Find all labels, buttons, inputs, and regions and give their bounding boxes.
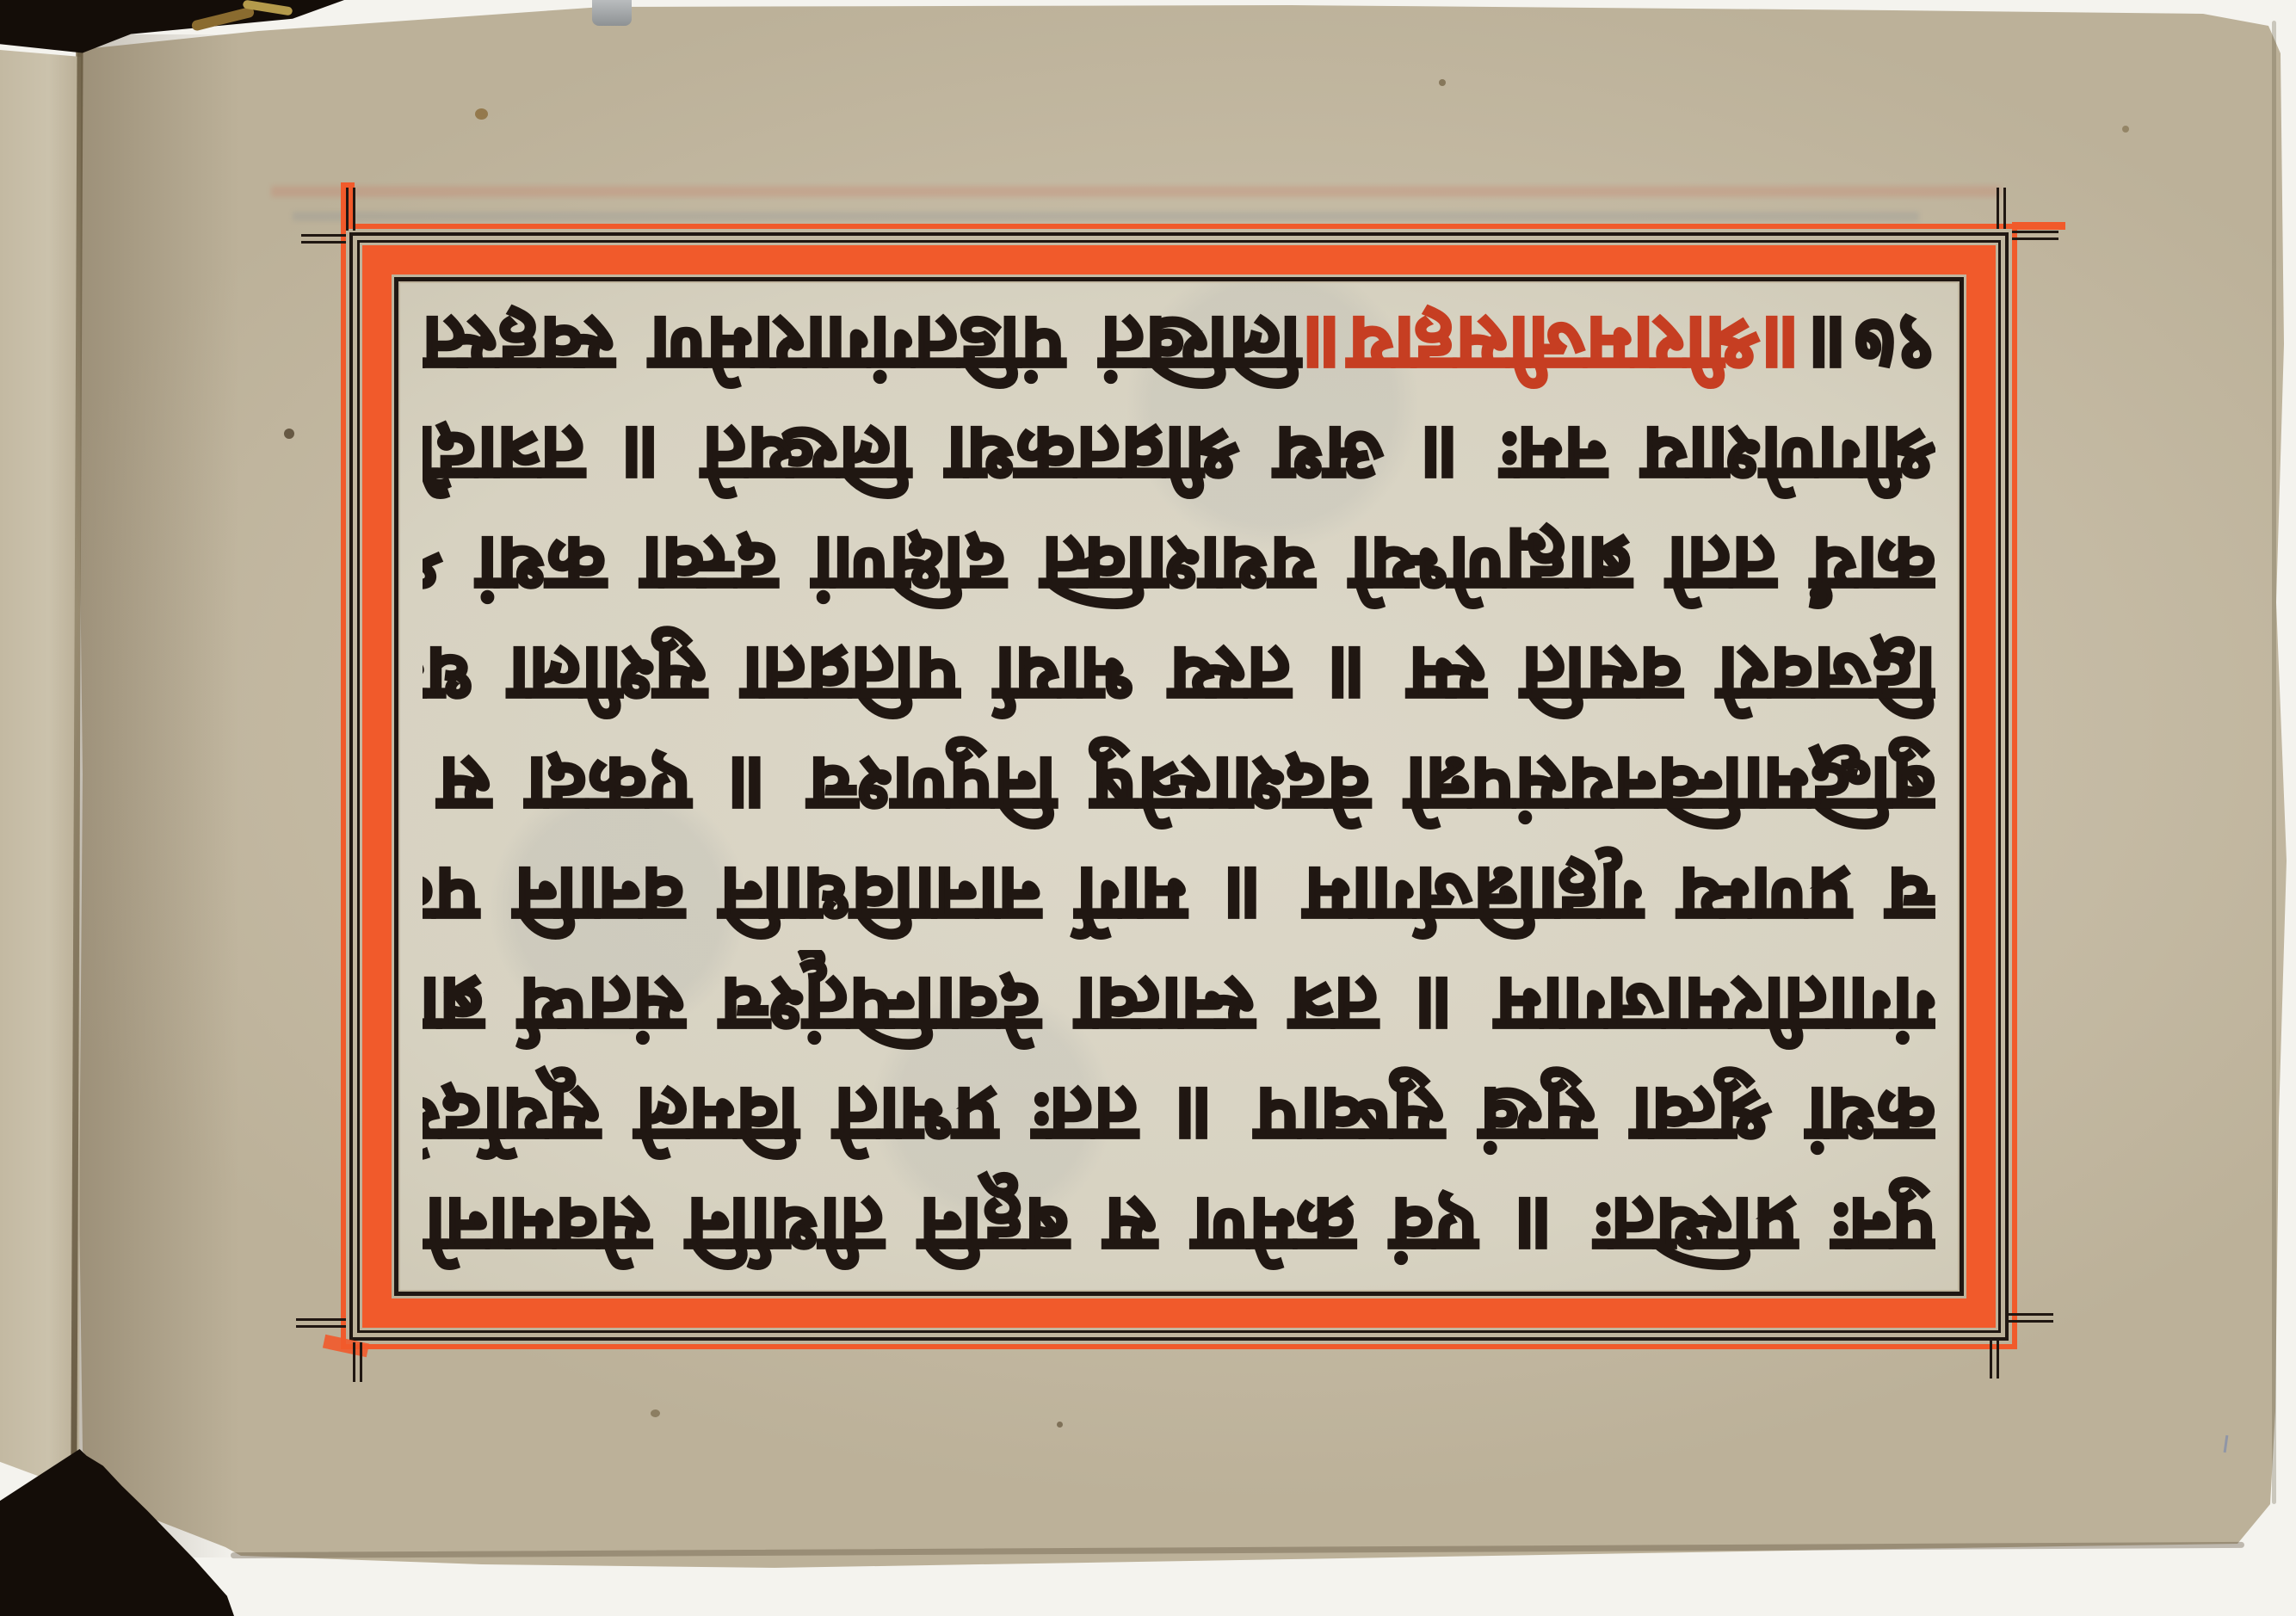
- manuscript-photo: ९७॥॥श्रीरामजीसहाय॥लिखितं पंडितगंगारामेण …: [0, 0, 2296, 1616]
- manuscript-line-9: पुनः प्रस्थितः ॥ एवं क्रमेण स बहूनि तीर्…: [423, 1170, 1935, 1280]
- page-right-edge: [2272, 21, 2276, 1504]
- gray-ink-offset-smudge: [293, 212, 1919, 221]
- line-text: लिखितं पंडितगंगारामेण स्वहस्ताक्षरं शुभं…: [423, 300, 1300, 389]
- folio-number: ९७॥: [1806, 300, 1935, 389]
- paper-stain: [1439, 79, 1446, 86]
- line-text: द्विजवरो वसति स्म ॥ तस्य भार्या पतिव्रता…: [423, 631, 1935, 719]
- corner-tick-mark: [301, 234, 346, 244]
- manuscript-text-block: ९७॥॥श्रीरामजीसहाय॥लिखितं पंडितगंगारामेण …: [400, 283, 1958, 1290]
- line-text: श्रीगणेशाय नमः ॥ अथ श्रीव्रतकथा लिख्यते …: [423, 410, 1935, 499]
- manuscript-line-1: ९७॥॥श्रीरामजीसहाय॥लिखितं पंडितगंगारामेण …: [423, 289, 1935, 399]
- paper-stain: [1057, 1422, 1063, 1428]
- line-text: गंगातीरमाजगाम ॥ तत्र स्नात्वा देवान्पितॄ…: [423, 961, 1935, 1050]
- red-ink-offset-smudge: [271, 186, 2001, 197]
- corner-orange-nub: [2012, 222, 2065, 230]
- line-text: कार्यं ततो ब्राह्मणेभ्यो यथाशक्ति दक्षिण…: [423, 521, 1935, 609]
- manuscript-line-4: द्विजवरो वसति स्म ॥ तस्य भार्या पतिव्रता…: [423, 620, 1935, 730]
- manuscript-line-2: श्रीगणेशाय नमः ॥ अथ श्रीव्रतकथा लिख्यते …: [423, 399, 1935, 509]
- corner-tick-mark: [2012, 231, 2058, 241]
- corner-tick-mark: [1990, 1341, 2000, 1379]
- corner-tick-mark: [296, 1318, 346, 1329]
- adjacent-folio-edge: [0, 38, 81, 1506]
- line-text: बुद्धिमान्विनयसंपन्नो वेदशास्त्रेषु निपु…: [423, 741, 1935, 830]
- manuscript-line-6: च प्रणम्य गृहान्निर्जगाम ॥ मार्गे नानावि…: [423, 840, 1935, 950]
- line-text: च प्रणम्य गृहान्निर्जगाम ॥ मार्गे नानावि…: [423, 851, 1935, 940]
- paper-stain: [2122, 126, 2129, 133]
- manuscript-line-8: कथां श्रुत्वा सुखं सुष्वाप ॥ ततः प्रभाते…: [423, 1060, 1935, 1170]
- manuscript-line-5: बुद्धिमान्विनयसंपन्नो वेदशास्त्रेषु निपु…: [423, 730, 1935, 840]
- corner-tick-mark: [2007, 1313, 2053, 1323]
- paper-stain: [651, 1409, 660, 1417]
- line-text: कथां श्रुत्वा सुखं सुष्वाप ॥ ततः प्रभाते…: [423, 1071, 1935, 1160]
- manuscript-line-3: कार्यं ततो ब्राह्मणेभ्यो यथाशक्ति दक्षिण…: [423, 509, 1935, 620]
- paper-stain: [284, 429, 294, 439]
- decorated-frame: ९७॥॥श्रीरामजीसहाय॥लिखितं पंडितगंगारामेण …: [341, 224, 2017, 1349]
- metal-clip: [592, 0, 632, 26]
- gutter-shadow: [76, 34, 239, 1557]
- line-text: पुनः प्रस्थितः ॥ एवं क्रमेण स बहूनि तीर्…: [423, 1181, 1935, 1270]
- corner-tick-mark: [1997, 188, 2007, 229]
- manuscript-line-7: गंगातीरमाजगाम ॥ तत्र स्नात्वा देवान्पितॄ…: [423, 950, 1935, 1060]
- corner-tick-mark: [346, 188, 356, 231]
- red-ink-invocation: ॥श्रीरामजीसहाय॥: [1300, 300, 1806, 389]
- paper-stain: [475, 108, 488, 120]
- corner-tick-mark: [353, 1342, 363, 1382]
- text-panel: ९७॥॥श्रीरामजीसहाय॥लिखितं पंडितगंगारामेण …: [400, 283, 1958, 1290]
